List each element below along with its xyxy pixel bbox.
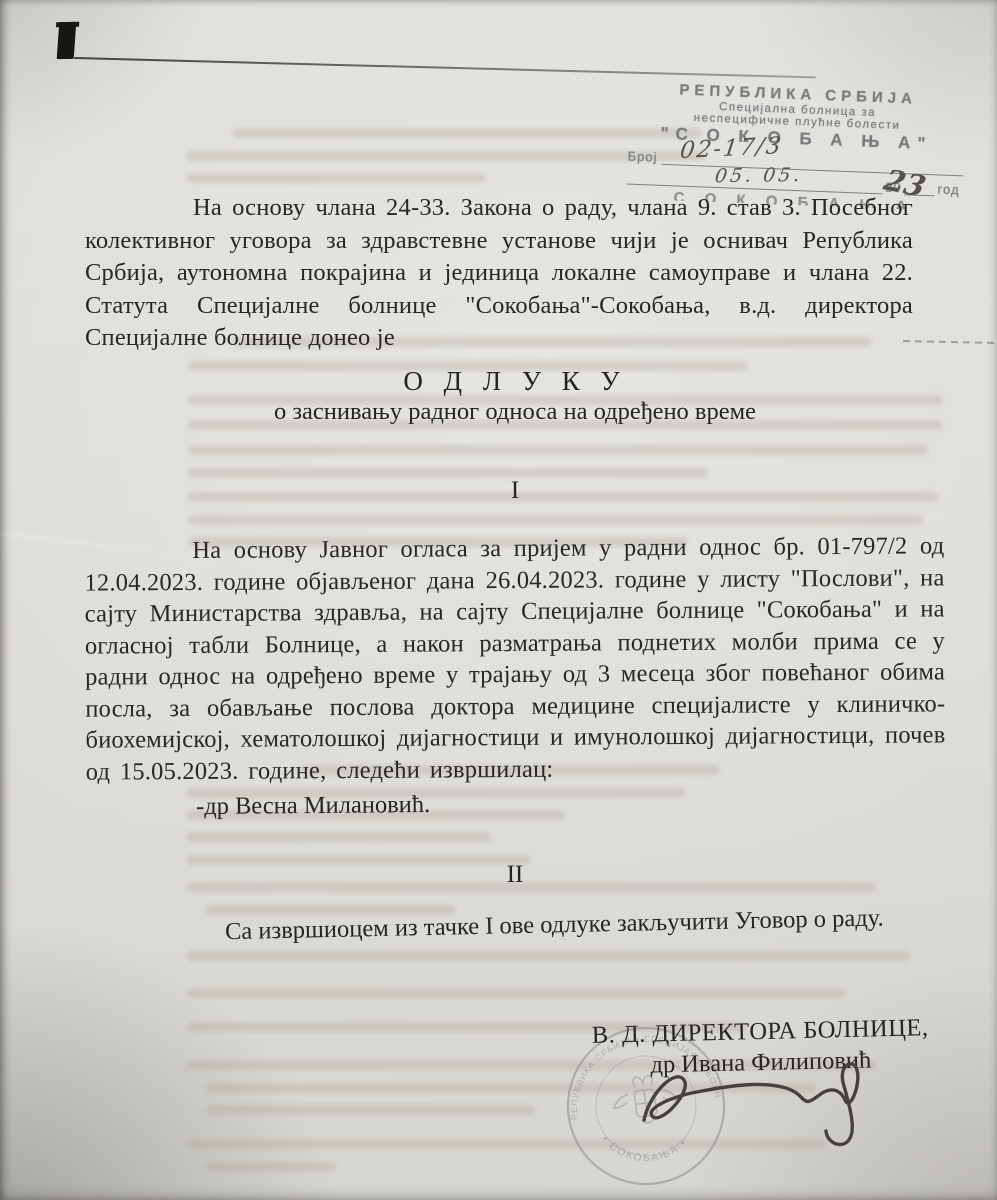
- closing-sentence: Са извршиоцем из тачке I ове одлуке закљ…: [85, 903, 960, 949]
- decision-title: О Д Л У К У: [85, 366, 945, 397]
- scan-right-dash: [903, 340, 997, 344]
- scan-corner-mark: [57, 22, 77, 59]
- scanned-document-page: РЕПУБЛИКА СРБИЈА Специјална болница за н…: [0, 0, 997, 1200]
- appointee-name-line: -др Весна Милановић.: [196, 791, 430, 821]
- scan-edge-line: [74, 57, 816, 78]
- body-paragraph: На основу Јавног огласа за пријем у радн…: [84, 530, 946, 787]
- section-two-numeral: II: [85, 858, 945, 892]
- stamp-year-suffix: год: [934, 181, 963, 197]
- decision-subtitle: о заснивању радног односа на одређено вр…: [85, 398, 945, 426]
- section-one-numeral: I: [85, 477, 945, 505]
- intro-paragraph: На основу члана 24-33. Закона о раду, чл…: [85, 192, 913, 355]
- handwritten-date: 05. 05.: [714, 164, 804, 187]
- handwritten-signature: [630, 1038, 890, 1153]
- handwritten-protocol-number: 02-17/3: [678, 133, 784, 164]
- stamp-number-label: Број: [627, 149, 661, 165]
